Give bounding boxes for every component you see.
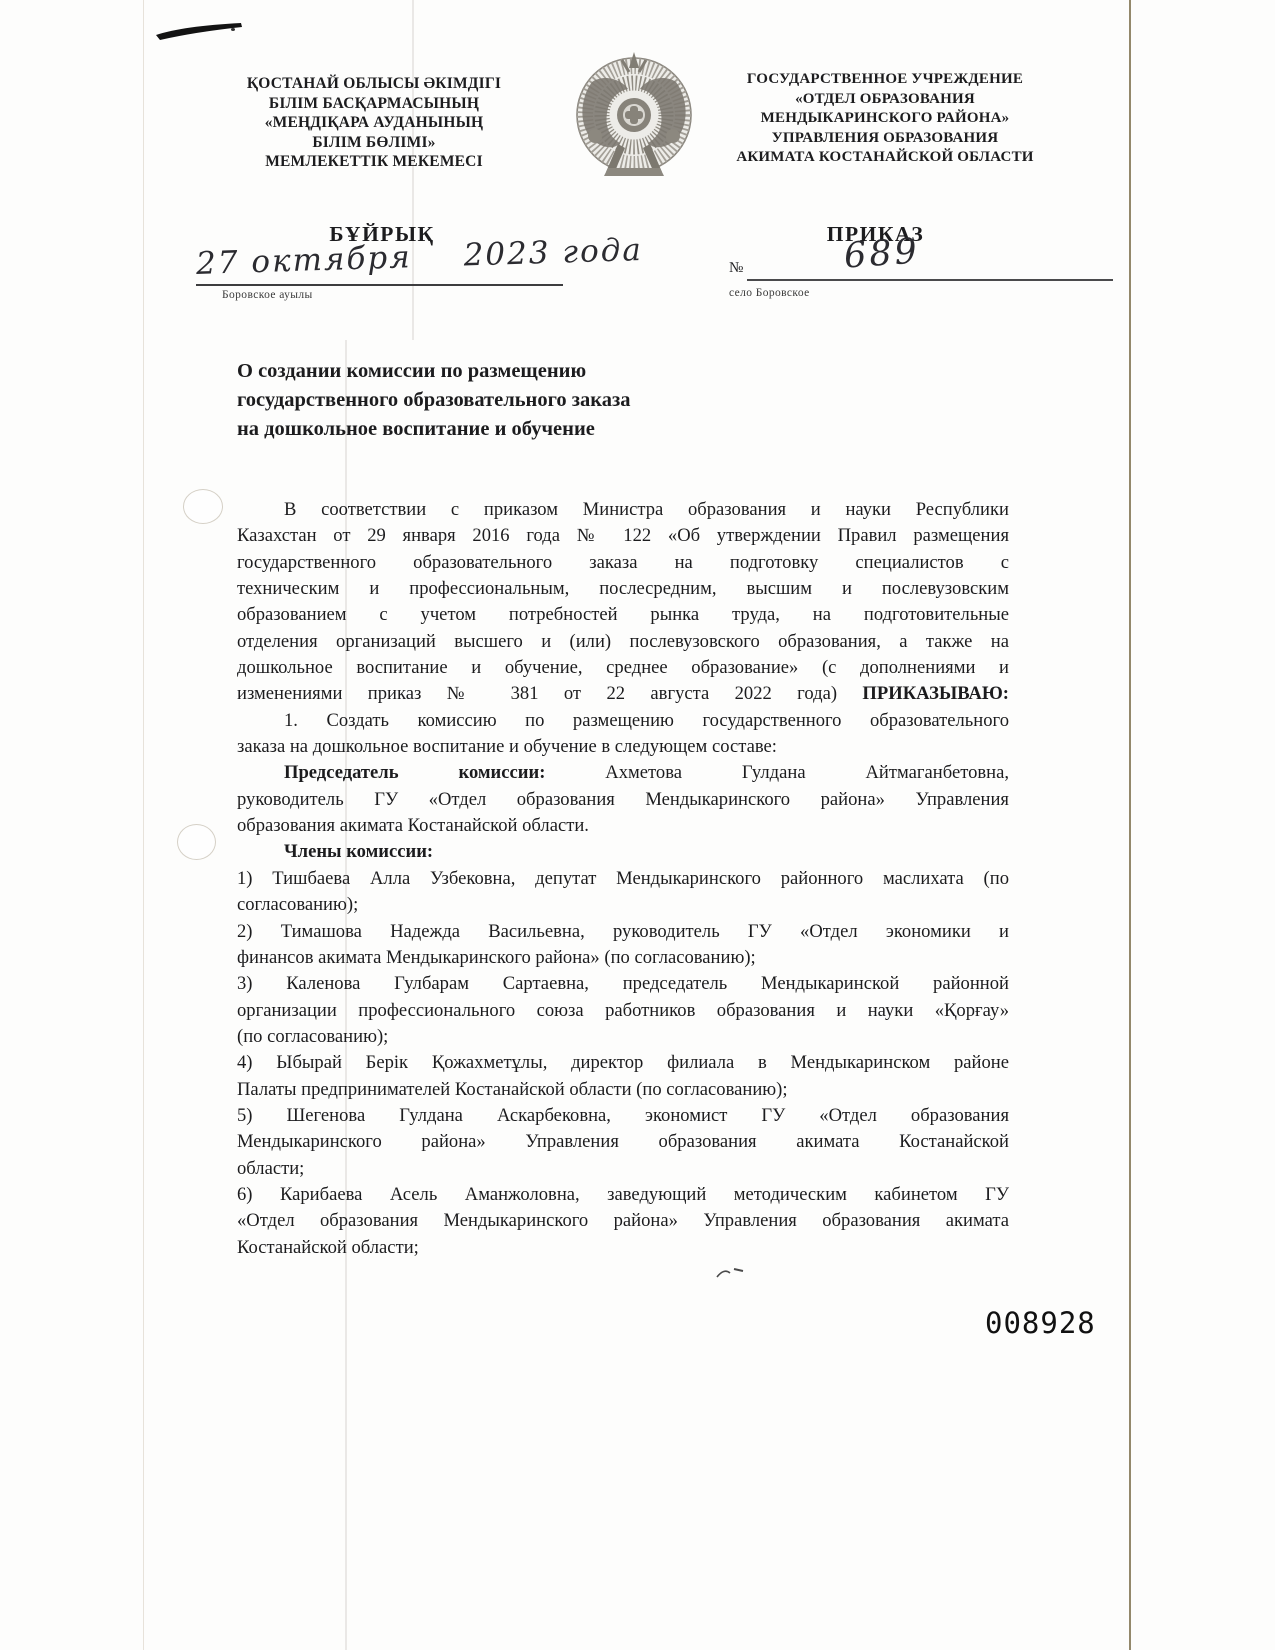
handwritten-date-year: 2023 года bbox=[463, 232, 643, 274]
body-line-text: изменениями приказ № 381 от 22 августа 2… bbox=[237, 683, 862, 704]
body-line-text: 2) Тимашова Надежда Васильевна, руководи… bbox=[237, 921, 1009, 942]
body-line: образованием с учетом потребностей рынка… bbox=[237, 602, 1009, 628]
body-line-text: 1. Создать комиссию по размещению госуда… bbox=[284, 710, 1009, 731]
handwritten-order-number: 689 bbox=[843, 231, 921, 276]
scan-right-edge bbox=[1129, 0, 1131, 1650]
body-line: Члены комиссии: bbox=[237, 839, 1009, 865]
org-line: УПРАВЛЕНИЯ ОБРАЗОВАНИЯ bbox=[716, 129, 1054, 149]
org-line: ҚОСТАНАЙ ОБЛЫСЫ ӘКІМДІГІ bbox=[228, 74, 520, 94]
date-underline bbox=[196, 284, 563, 286]
body-line: В соответствии с приказом Министра образ… bbox=[237, 497, 1009, 523]
body-line-text: (по согласованию); bbox=[237, 1026, 388, 1047]
body-line: руководитель ГУ «Отдел образования Менды… bbox=[237, 787, 1009, 813]
body-line-text: 4) Ыбырай Берік Қожахметұлы, директор фи… bbox=[237, 1052, 1009, 1073]
hole-punch-mark bbox=[183, 489, 223, 524]
body-line-text: отделения организаций высшего и (или) по… bbox=[237, 631, 1009, 652]
body-line-text: согласованию); bbox=[237, 894, 358, 915]
body-line: образования акимата Костанайской области… bbox=[237, 813, 1009, 839]
form-stamp-number: 008928 bbox=[985, 1306, 1096, 1340]
body-line: государственного образовательного заказа… bbox=[237, 550, 1009, 576]
body-line-text: 5) Шегенова Гулдана Аскарбековна, эконом… bbox=[237, 1105, 1009, 1126]
org-line: ГОСУДАРСТВЕННОЕ УЧРЕЖДЕНИЕ bbox=[716, 70, 1054, 90]
org-line: БІЛІМ БӨЛІМІ» bbox=[228, 133, 520, 153]
hole-punch-mark bbox=[177, 824, 216, 860]
body-line-text: В соответствии с приказом Министра образ… bbox=[284, 499, 1009, 520]
body-line: Мендыкаринского района» Управления образ… bbox=[237, 1129, 1009, 1155]
body-line: изменениями приказ № 381 от 22 августа 2… bbox=[237, 681, 1009, 707]
body-line-text: Казахстан от 29 января 2016 года № 122 «… bbox=[237, 525, 1009, 546]
body-line: 5) Шегенова Гулдана Аскарбековна, эконом… bbox=[237, 1103, 1009, 1129]
body-line: дошкольное воспитание и обучение, средне… bbox=[237, 655, 1009, 681]
subject-line: на дошкольное воспитание и обучение bbox=[237, 415, 719, 444]
ink-stroke-artifact bbox=[153, 20, 248, 42]
ink-dot-artifact bbox=[231, 28, 235, 31]
spacer bbox=[412, 266, 464, 268]
org-line: «МЕҢДІҚАРА АУДАНЫНЫҢ bbox=[228, 113, 520, 133]
body-line-text: техническим и профессиональным, послесре… bbox=[237, 578, 1009, 599]
body-line: Казахстан от 29 января 2016 года № 122 «… bbox=[237, 523, 1009, 549]
order-body-text: В соответствии с приказом Министра образ… bbox=[237, 497, 1009, 1261]
body-line: 1) Тишбаева Алла Узбековна, депутат Менд… bbox=[237, 866, 1009, 892]
body-line: 6) Карибаева Асель Аманжоловна, заведующ… bbox=[237, 1182, 1009, 1208]
subject-line: О создании комиссии по размещению bbox=[237, 357, 719, 386]
body-line-text: Костанайской области; bbox=[237, 1237, 419, 1258]
body-line: финансов акимата Мендыкаринского района»… bbox=[237, 945, 1009, 971]
body-line: 4) Ыбырай Берік Қожахметұлы, директор фи… bbox=[237, 1050, 1009, 1076]
body-line: (по согласованию); bbox=[237, 1024, 1009, 1050]
body-line: организации профессионального союза рабо… bbox=[237, 998, 1009, 1024]
body-line-text: «Отдел образования Мендыкаринского район… bbox=[237, 1210, 1009, 1231]
body-line: Палаты предпринимателей Костанайской обл… bbox=[237, 1077, 1009, 1103]
body-line: 2) Тимашова Надежда Васильевна, руководи… bbox=[237, 919, 1009, 945]
org-name-russian: ГОСУДАРСТВЕННОЕ УЧРЕЖДЕНИЕ «ОТДЕЛ ОБРАЗО… bbox=[716, 70, 1054, 168]
body-line: области; bbox=[237, 1156, 1009, 1182]
body-line-text: Мендыкаринского района» Управления образ… bbox=[237, 1131, 1009, 1152]
body-line-text: организации профессионального союза рабо… bbox=[237, 1000, 1009, 1021]
body-line-text: 6) Карибаева Асель Аманжоловна, заведующ… bbox=[237, 1184, 1009, 1205]
body-line: согласованию); bbox=[237, 892, 1009, 918]
body-line-bold-text: Члены комиссии: bbox=[284, 841, 433, 862]
body-line-text: образования акимата Костанайской области… bbox=[237, 815, 589, 836]
body-line: заказа на дошкольное воспитание и обучен… bbox=[237, 734, 1009, 760]
scan-left-edge bbox=[143, 0, 144, 1650]
subject-line: государственного образовательного заказа bbox=[237, 386, 719, 415]
body-line-text: Палаты предпринимателей Костанайской обл… bbox=[237, 1079, 788, 1100]
body-line: Председатель комиссии: Ахметова Гулдана … bbox=[237, 760, 1009, 786]
body-line: отделения организаций высшего и (или) по… bbox=[237, 629, 1009, 655]
body-line: 3) Каленова Гулбарам Сартаевна, председа… bbox=[237, 971, 1009, 997]
kazakhstan-state-emblem-icon bbox=[562, 40, 706, 188]
org-line: АКИМАТА КОСТАНАЙСКОЙ ОБЛАСТИ bbox=[716, 148, 1054, 168]
org-line: МЕМЛЕКЕТТІК МЕКЕМЕСІ bbox=[228, 152, 520, 172]
handwritten-date: 27 октября2023 года bbox=[196, 234, 577, 282]
org-name-kazakh: ҚОСТАНАЙ ОБЛЫСЫ ӘКІМДІГІ БІЛІМ БАСҚАРМАС… bbox=[228, 74, 520, 172]
number-underline bbox=[747, 279, 1113, 281]
body-line-text: области; bbox=[237, 1158, 304, 1179]
body-line-bold-text: ПРИКАЗЫВАЮ: bbox=[862, 683, 1009, 704]
place-label-russian: село Боровское bbox=[729, 287, 810, 299]
body-line: «Отдел образования Мендыкаринского район… bbox=[237, 1208, 1009, 1234]
scanned-order-document: ҚОСТАНАЙ ОБЛЫСЫ ӘКІМДІГІ БІЛІМ БАСҚАРМАС… bbox=[0, 0, 1275, 1650]
body-line: 1. Создать комиссию по размещению госуда… bbox=[237, 708, 1009, 734]
org-line: «ОТДЕЛ ОБРАЗОВАНИЯ bbox=[716, 90, 1054, 110]
body-line-text: руководитель ГУ «Отдел образования Менды… bbox=[237, 789, 1009, 810]
org-line: МЕНДЫКАРИНСКОГО РАЙОНА» bbox=[716, 109, 1054, 129]
body-line-text: 1) Тишбаева Алла Узбековна, депутат Менд… bbox=[237, 868, 1009, 889]
order-subject-title: О создании комиссии по размещению госуда… bbox=[237, 357, 719, 443]
body-line-text: Ахметова Гулдана Айтмаганбетовна, bbox=[545, 762, 1009, 783]
body-line: Костанайской области; bbox=[237, 1235, 1009, 1261]
org-line: БІЛІМ БАСҚАРМАСЫНЫҢ bbox=[228, 94, 520, 114]
body-line-text: заказа на дошкольное воспитание и обучен… bbox=[237, 736, 777, 757]
pen-scribble-artifact bbox=[714, 1264, 748, 1282]
number-sign-label: № bbox=[729, 260, 743, 277]
handwritten-date-daymonth: 27 октября bbox=[196, 239, 413, 282]
body-line: техническим и профессиональным, послесре… bbox=[237, 576, 1009, 602]
body-line-text: дошкольное воспитание и обучение, средне… bbox=[237, 657, 1009, 678]
body-line-text: 3) Каленова Гулбарам Сартаевна, председа… bbox=[237, 973, 1009, 994]
body-line-text: образованием с учетом потребностей рынка… bbox=[237, 604, 1009, 625]
place-label-kazakh: Боровское ауылы bbox=[222, 289, 313, 301]
body-line-text: государственного образовательного заказа… bbox=[237, 552, 1009, 573]
body-line-bold-text: Председатель комиссии: bbox=[284, 762, 545, 783]
body-line-text: финансов акимата Мендыкаринского района»… bbox=[237, 947, 756, 968]
